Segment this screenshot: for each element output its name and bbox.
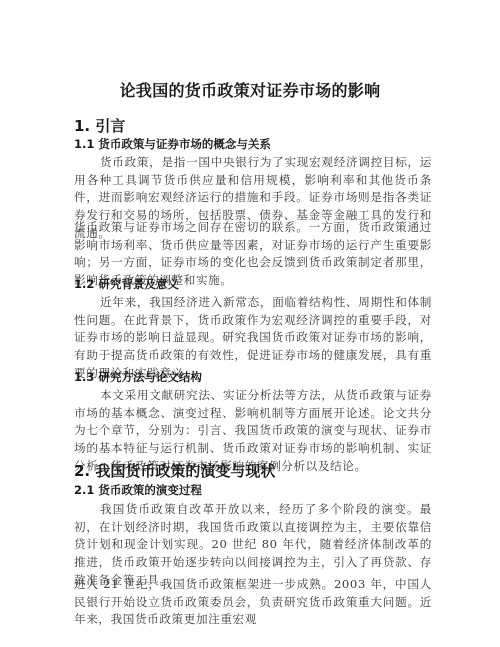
subsection-heading-1-2: 1.2 研究背景及意义 [74,276,432,292]
section-heading-2: 2. 我国货币政策的演变与现状 [74,460,432,481]
document-page: 论我国的货币政策对证券市场的影响 1. 引言 1.1 货币政策与证券市场的概念与… [0,0,500,647]
paragraph: 进入 21 世纪，我国货币政策框架进一步成熟。2003 年，中国人民银行开始设立… [74,576,432,629]
subsection-heading-2-1: 2.1 货币政策的演变过程 [74,482,432,498]
section-heading-1: 1. 引言 [74,115,432,136]
subsection-heading-1-3: 1.3 研究方法与论文结构 [74,369,432,385]
document-title: 论我国的货币政策对证券市场的影响 [0,78,500,101]
subsection-heading-1-1: 1.1 货币政策与证券市场的概念与关系 [74,136,432,152]
